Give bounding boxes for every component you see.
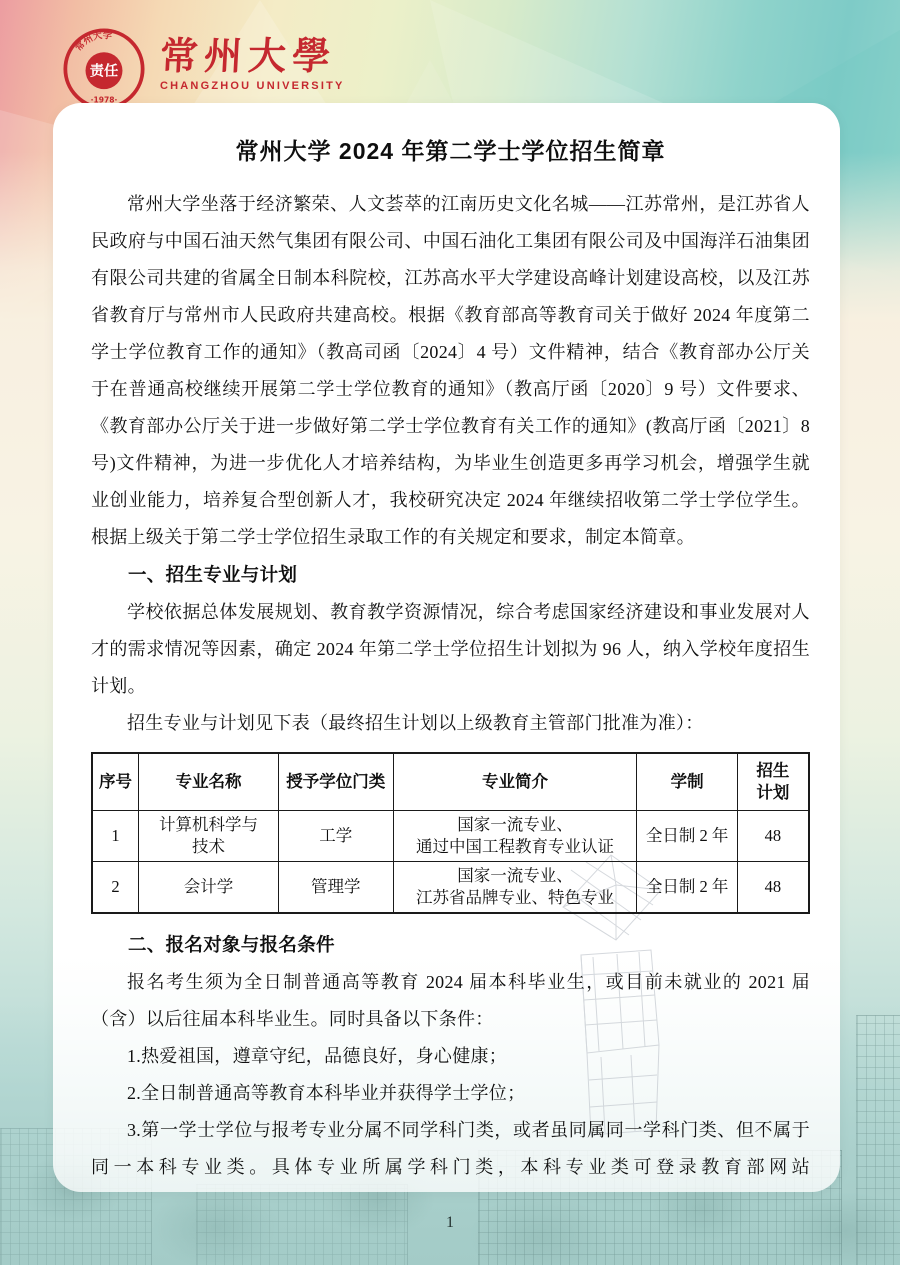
col-header-intro: 专业简介 xyxy=(393,753,637,811)
seal-top-text: 常州大学 xyxy=(72,29,113,53)
university-logo: 常州大学 责任 ·1978· 常州大學 CHANGZHOU UNIVERSITY xyxy=(62,27,345,111)
document-title: 常州大学 2024 年第二学士学位招生简章 xyxy=(91,133,810,166)
cell-plan: 48 xyxy=(737,862,809,914)
cell-index: 1 xyxy=(92,811,139,862)
cell-intro: 国家一流专业、 通过中国工程教育专业认证 xyxy=(393,811,637,862)
section2-paragraph-1: 报名考生须为全日制普通高等教育 2024 届本科毕业生，或目前未就业的 2021… xyxy=(91,964,810,1038)
col-header-plan: 招生 计划 xyxy=(737,753,809,811)
university-seal-icon: 常州大学 责任 ·1978· xyxy=(62,27,146,111)
section1-heading: 一、招生专业与计划 xyxy=(91,556,810,594)
cell-intro: 国家一流专业、 江苏省品牌专业、特色专业 xyxy=(393,862,637,914)
document-page: 常州大学 2024 年第二学士学位招生简章 常州大学坐落于经济繁荣、人文荟萃的江… xyxy=(53,103,840,1192)
cell-plan: 48 xyxy=(737,811,809,862)
col-header-index: 序号 xyxy=(92,753,139,811)
condition-item-3: 3.第一学士学位与报考专业分属不同学科门类，或者虽同属同一学科门类、但不属于同一… xyxy=(91,1112,810,1192)
cell-duration: 全日制 2 年 xyxy=(637,811,737,862)
enrollment-plan-table: 序号 专业名称 授予学位门类 专业简介 学制 招生 计划 1 计算机科学与 技术… xyxy=(91,752,810,914)
section1-paragraph-2: 招生专业与计划见下表（最终招生计划以上级教育主管部门批准为准）： xyxy=(91,705,810,742)
svg-text:常州大学: 常州大学 xyxy=(72,29,113,53)
col-header-major: 专业名称 xyxy=(139,753,279,811)
intro-paragraph: 常州大学坐落于经济繁荣、人文荟萃的江南历史文化名城——江苏常州，是江苏省人民政府… xyxy=(91,186,810,556)
cell-major: 会计学 xyxy=(139,862,279,914)
section2-heading: 二、报名对象与报名条件 xyxy=(91,926,810,964)
cell-major: 计算机科学与 技术 xyxy=(139,811,279,862)
table-row: 2 会计学 管理学 国家一流专业、 江苏省品牌专业、特色专业 全日制 2 年 4… xyxy=(92,862,809,914)
cell-duration: 全日制 2 年 xyxy=(637,862,737,914)
cell-degree: 管理学 xyxy=(278,862,393,914)
condition-item-1: 1.热爱祖国，遵章守纪，品德良好，身心健康； xyxy=(91,1038,810,1075)
seal-center-glyph: 责任 xyxy=(90,62,119,80)
table-row: 1 计算机科学与 技术 工学 国家一流专业、 通过中国工程教育专业认证 全日制 … xyxy=(92,811,809,862)
cell-index: 2 xyxy=(92,862,139,914)
col-header-duration: 学制 xyxy=(637,753,737,811)
university-name-en: CHANGZHOU UNIVERSITY xyxy=(160,80,345,92)
section1-paragraph-1: 学校依据总体发展规划、教育教学资源情况，综合考虑国家经济建设和事业发展对人才的需… xyxy=(91,594,810,705)
col-header-degree: 授予学位门类 xyxy=(278,753,393,811)
university-name-cn: 常州大學 xyxy=(159,35,346,77)
table-header-row: 序号 专业名称 授予学位门类 专业简介 学制 招生 计划 xyxy=(92,753,809,811)
condition-item-2: 2.全日制普通高等教育本科毕业并获得学士学位； xyxy=(91,1075,810,1112)
page-number: 1 xyxy=(0,1214,900,1232)
cell-degree: 工学 xyxy=(278,811,393,862)
